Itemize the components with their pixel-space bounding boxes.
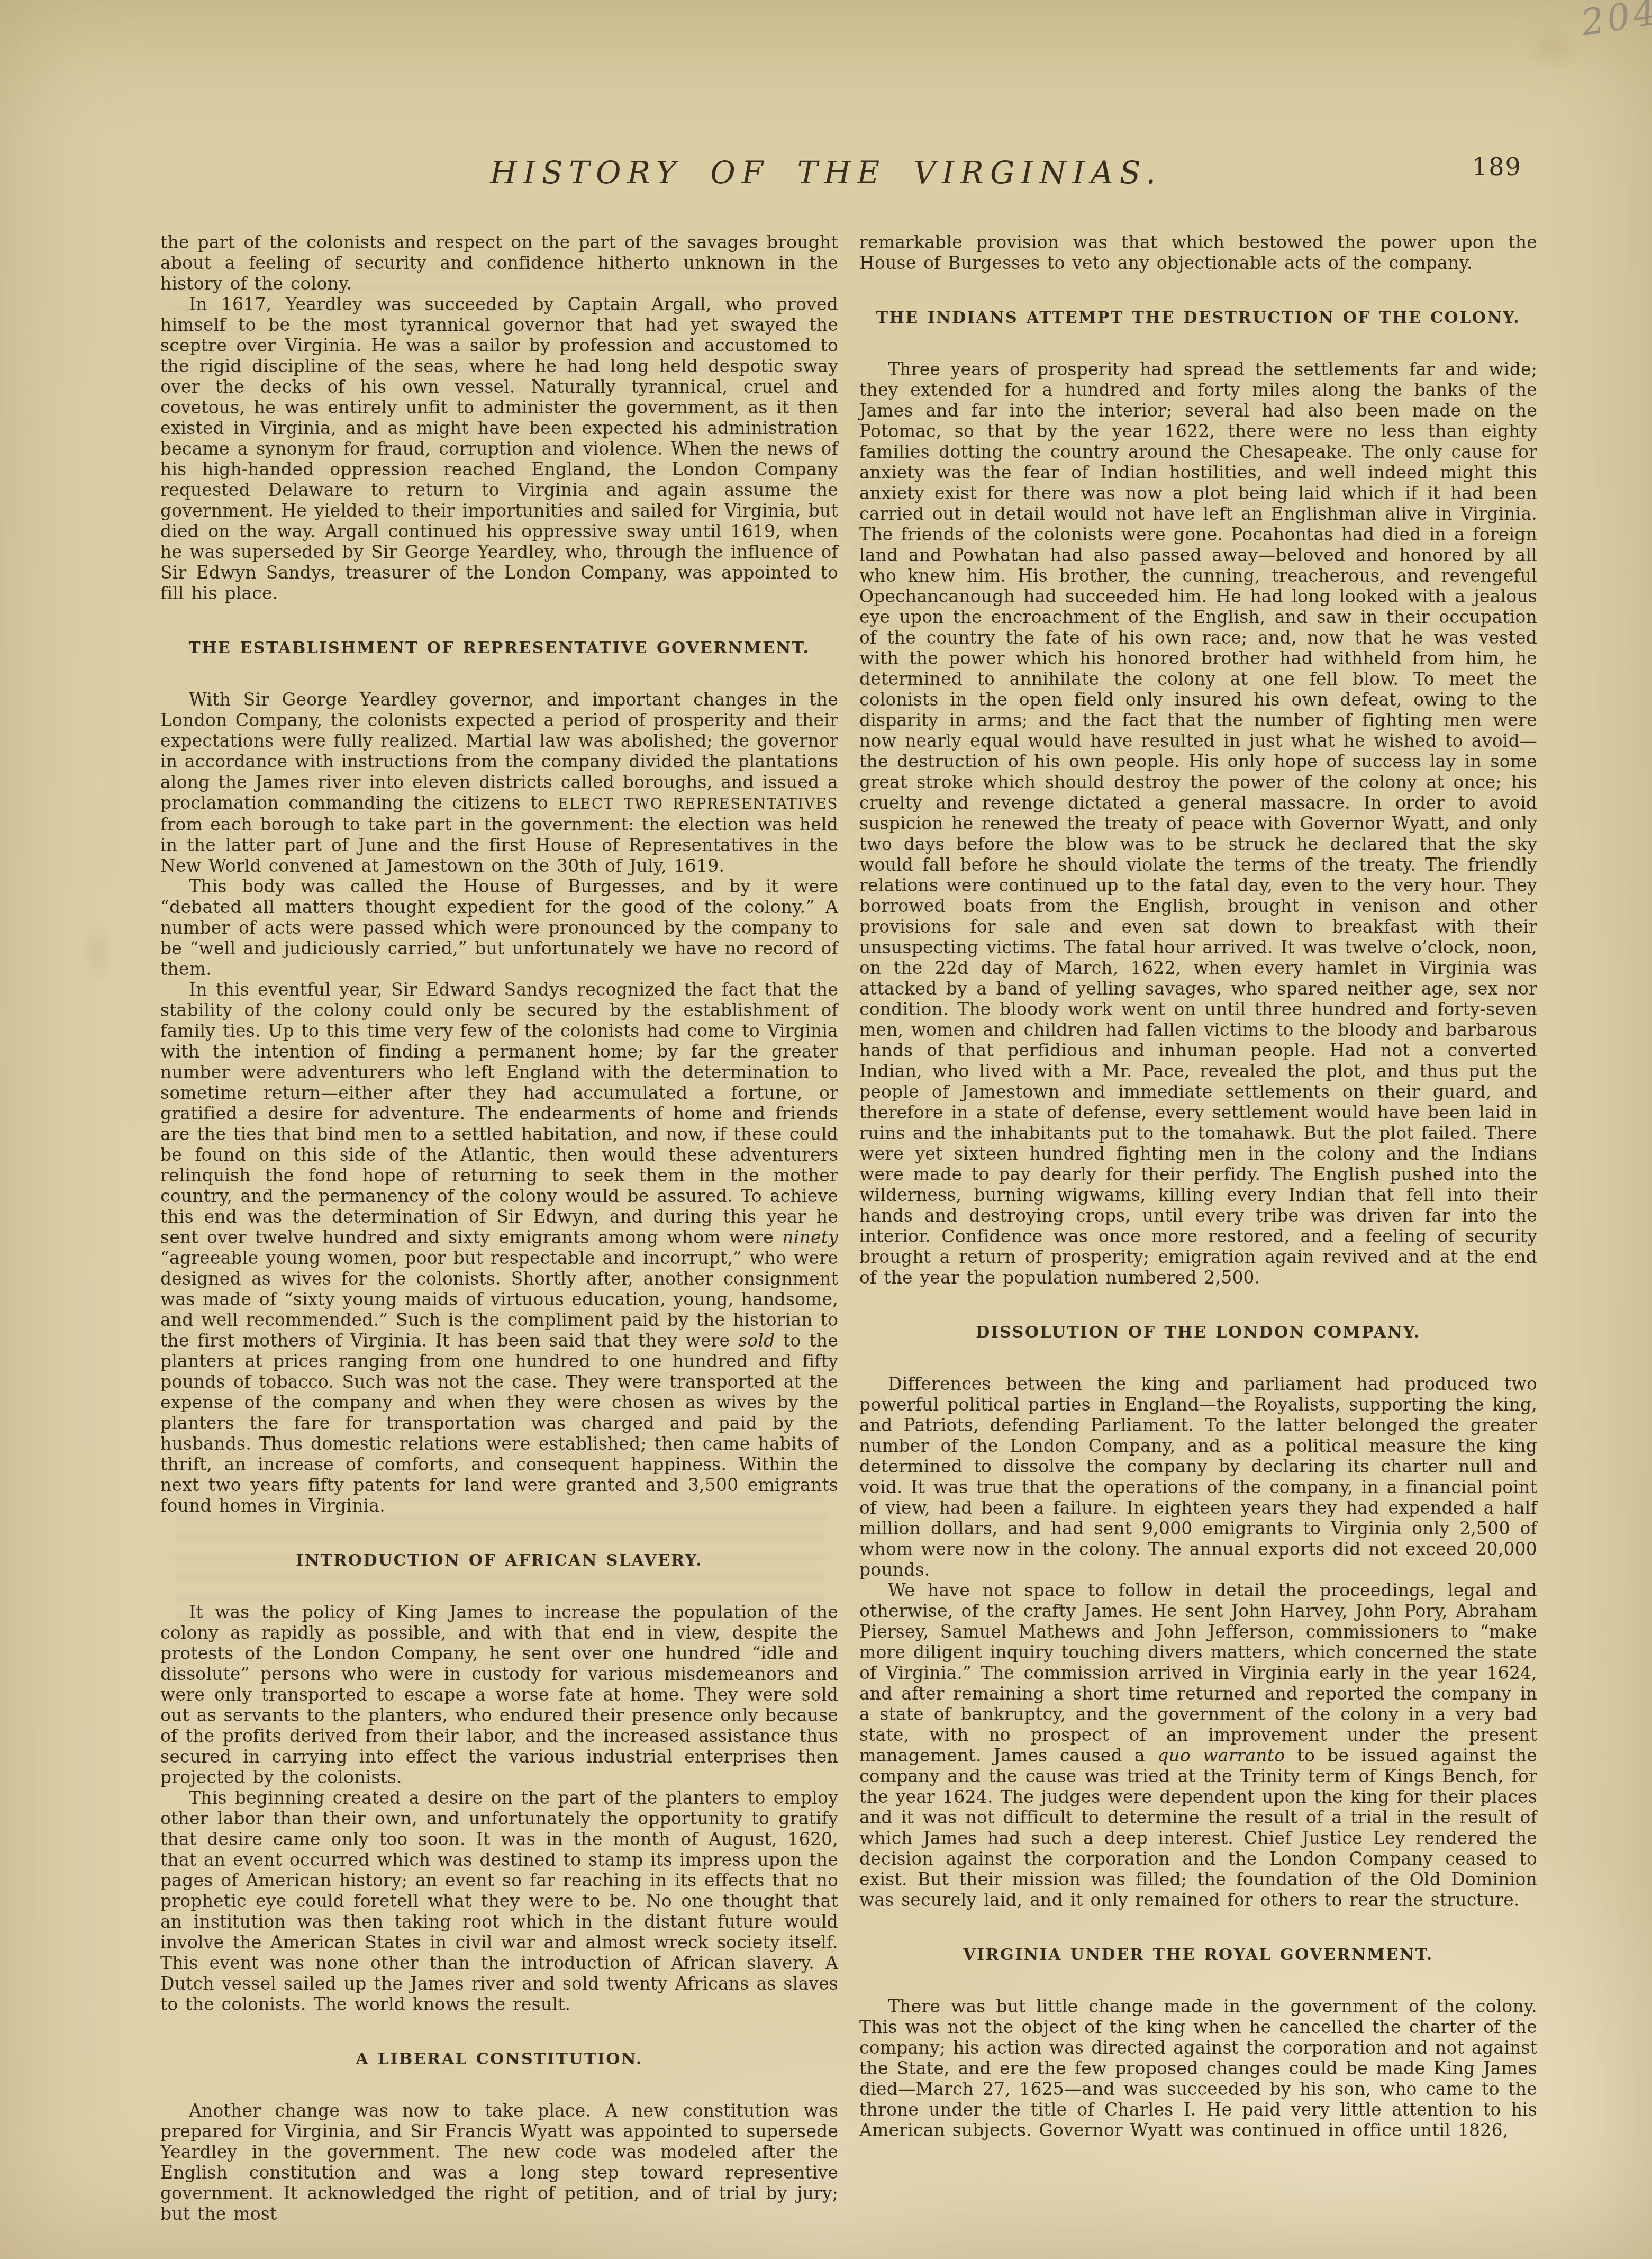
section-heading: A LIBERAL CONSTITUTION.	[176, 2049, 822, 2070]
text-run: There was but little change made in the …	[859, 1996, 1537, 2140]
text-run: the part of the colonists and respect on…	[160, 232, 838, 294]
paragraph: the part of the colonists and respect on…	[160, 232, 838, 294]
text-run: DISSOLUTION OF THE LONDON COMPANY.	[976, 1323, 1421, 1342]
text-run: to be issued against the company and the…	[859, 1745, 1537, 1910]
column-right: remarkable provision was that which best…	[859, 232, 1537, 2140]
column-left: the part of the colonists and respect on…	[160, 232, 838, 2224]
text-run: THE ESTABLISHMENT OF REPRESENTATIVE GOVE…	[188, 639, 810, 657]
text-run: In 1617, Yeardley was succeeded by Capta…	[160, 294, 838, 603]
text-run: INTRODUCTION OF AFRICAN SLAVERY.	[296, 1551, 703, 1570]
text-run: Another change was now to take place. A …	[160, 2100, 838, 2224]
paragraph: remarkable provision was that which best…	[859, 232, 1537, 273]
text-run: It was the policy of King James to incre…	[160, 1602, 838, 1787]
page-number: 189	[1472, 152, 1522, 181]
text-run: In this eventful year, Sir Edward Sandys…	[160, 979, 838, 1248]
pencil-annotation: 204	[1578, 0, 1652, 44]
text-run: This body was called the House of Burges…	[160, 876, 838, 979]
text-run: With Sir George Yeardley governor, and i…	[160, 689, 838, 813]
book-page: 204 HISTORY OF THE VIRGINIAS. 189 the pa…	[0, 0, 1652, 2259]
paragraph: With Sir George Yeardley governor, and i…	[160, 689, 838, 876]
smallcaps-text: ELECT TWO REPRESENTATIVES	[558, 795, 838, 812]
paragraph: This body was called the House of Burges…	[160, 876, 838, 979]
italic-text: sold	[738, 1330, 775, 1351]
text-run: We have not space to follow in detail th…	[859, 1580, 1537, 1766]
paper-stain	[1524, 24, 1582, 71]
text-run: to the planters at prices ranging from o…	[160, 1330, 838, 1516]
paragraph: Three years of prosperity had spread the…	[859, 359, 1537, 1288]
text-run: A LIBERAL CONSTITUTION.	[356, 2050, 643, 2068]
section-heading: INTRODUCTION OF AFRICAN SLAVERY.	[176, 1551, 822, 1571]
paragraph: This beginning created a desire on the p…	[160, 1787, 838, 2014]
italic-text: quo warranto	[1157, 1745, 1285, 1766]
text-run: This beginning created a desire on the p…	[160, 1787, 838, 2014]
text-run: Differences between the king and parliam…	[859, 1374, 1537, 1580]
paragraph: In 1617, Yeardley was succeeded by Capta…	[160, 294, 838, 603]
text-run: Three years of prosperity had spread the…	[859, 359, 1537, 1288]
paragraph: In this eventful year, Sir Edward Sandys…	[160, 979, 838, 1516]
text-run: from each borough to take part in the go…	[160, 814, 838, 876]
section-heading: THE INDIANS ATTEMPT THE DESTRUCTION OF T…	[875, 308, 1521, 328]
paragraph: Another change was now to take place. A …	[160, 2100, 838, 2224]
text-run: VIRGINIA UNDER THE ROYAL GOVERNMENT.	[963, 1946, 1433, 1964]
section-heading: THE ESTABLISHMENT OF REPRESENTATIVE GOVE…	[176, 638, 822, 658]
section-heading: VIRGINIA UNDER THE ROYAL GOVERNMENT.	[875, 1945, 1521, 1965]
paragraph: We have not space to follow in detail th…	[859, 1580, 1537, 1910]
text-run: remarkable provision was that which best…	[859, 232, 1537, 273]
text-run: THE INDIANS ATTEMPT THE DESTRUCTION OF T…	[876, 309, 1521, 327]
text-run: “agreeable young women, poor but respect…	[160, 1248, 838, 1351]
paragraph: Differences between the king and parliam…	[859, 1374, 1537, 1580]
text-columns: the part of the colonists and respect on…	[160, 232, 1537, 2224]
paragraph: There was but little change made in the …	[859, 1996, 1537, 2140]
paragraph: It was the policy of King James to incre…	[160, 1602, 838, 1787]
page-title: HISTORY OF THE VIRGINIAS.	[0, 155, 1652, 191]
section-heading: DISSOLUTION OF THE LONDON COMPANY.	[875, 1323, 1521, 1343]
paper-stain	[79, 921, 116, 984]
italic-text: ninety	[782, 1227, 838, 1248]
